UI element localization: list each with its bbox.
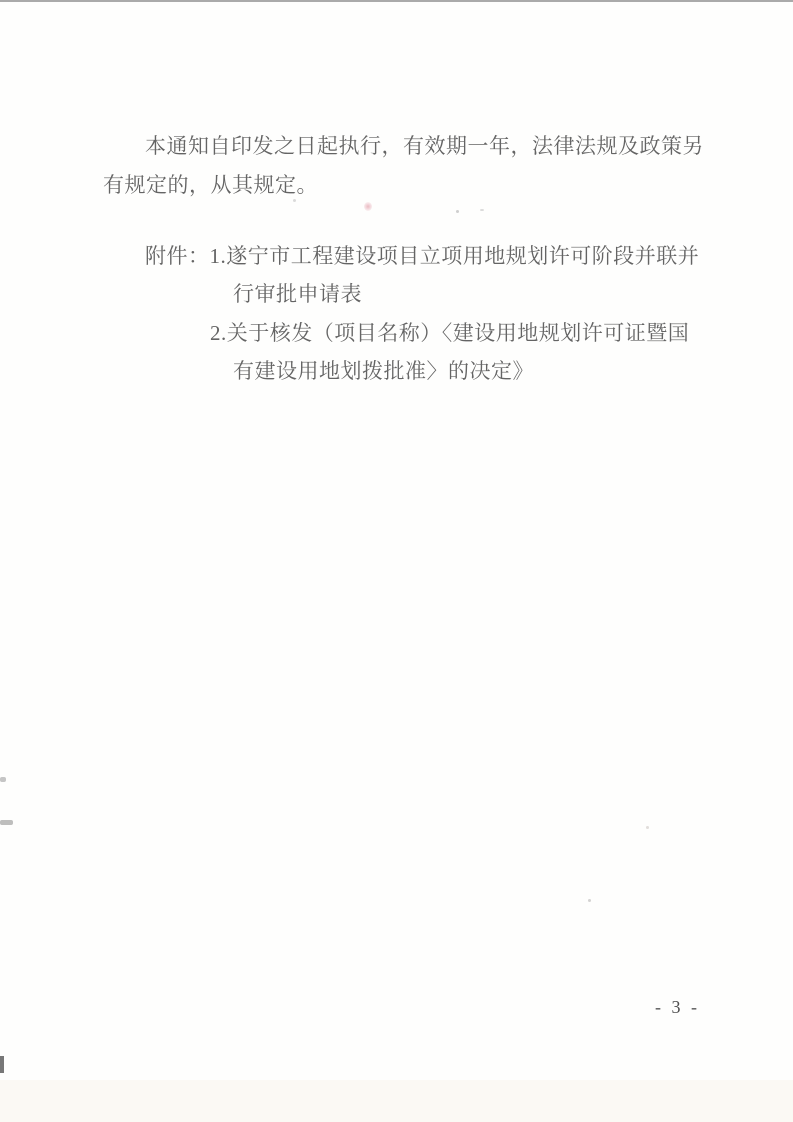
scan-pink-speck: [364, 202, 372, 211]
attachment-item-1-line-1: 1.遂宁市工程建设项目立项用地规划许可阶段并联并: [210, 244, 700, 268]
scan-left-edge-mark: [0, 1056, 4, 1073]
scan-top-edge-line: [0, 0, 793, 2]
attachments-line-1: 附件：1.遂宁市工程建设项目立项用地规划许可阶段并联并: [145, 243, 699, 269]
scan-speck: [480, 209, 484, 211]
scanned-document-page: 本通知自印发之日起执行，有效期一年，法律法规及政策另 有规定的，从其规定。 附件…: [0, 0, 793, 1122]
paragraph-line-1: 本通知自印发之日起执行，有效期一年，法律法规及政策另: [145, 133, 704, 159]
attachment-item-2-line-2: 有建设用地划拨批准〉的决定》: [233, 358, 534, 384]
attachment-item-1-line-2: 行审批申请表: [233, 281, 362, 307]
scan-left-edge-mark: [0, 820, 13, 825]
scan-bottom-tone-band: [0, 1080, 793, 1122]
scan-speck: [646, 826, 649, 829]
scan-speck: [456, 210, 459, 213]
attachments-label: 附件：: [145, 244, 210, 268]
scan-speck: [588, 899, 591, 902]
scan-speck: [293, 199, 296, 202]
paragraph-line-2: 有规定的，从其规定。: [103, 172, 318, 198]
page-number: - 3 -: [655, 996, 700, 1018]
attachment-item-2-line-1: 2.关于核发（项目名称）〈建设用地规划许可证暨国: [210, 320, 689, 346]
scan-left-edge-mark: [0, 777, 6, 782]
